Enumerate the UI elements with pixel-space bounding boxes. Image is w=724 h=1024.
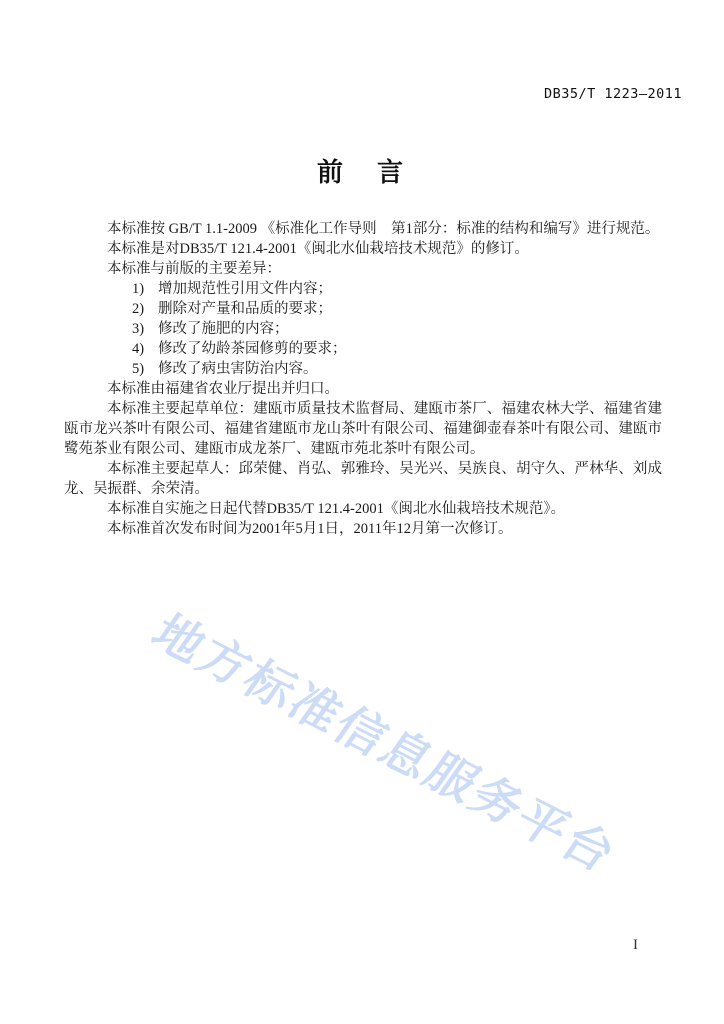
- paragraph-text: 本标准与前版的主要差异：: [107, 261, 281, 277]
- list-item-number: 3): [132, 319, 158, 339]
- paragraph-text: 本标准首次发布时间为2001年5月1日，2011年12月第一次修订。: [107, 521, 512, 537]
- foreword-paragraph: 1)增加规范性引用文件内容；: [64, 279, 662, 299]
- foreword-paragraph: 本标准自实施之日起代替DB35/T 121.4-2001《闽北水仙栽培技术规范》…: [64, 499, 662, 519]
- list-item-number: 4): [132, 339, 158, 359]
- foreword-paragraph: 5)修改了病虫害防治内容。: [64, 359, 662, 379]
- foreword-title: 前 言: [0, 152, 724, 189]
- watermark-text: 地方标准信息服务平台: [140, 596, 634, 885]
- paragraph-text: 修改了病虫害防治内容。: [158, 361, 318, 377]
- foreword-paragraph: 2)删除对产量和品质的要求；: [64, 299, 662, 319]
- list-item-number: 2): [132, 299, 158, 319]
- foreword-paragraph: 本标准主要起草单位：建瓯市质量技术监督局、建瓯市茶厂、福建农林大学、福建省建瓯市…: [64, 399, 662, 459]
- page-number: I: [633, 937, 638, 954]
- foreword-paragraph: 本标准与前版的主要差异：: [64, 259, 662, 279]
- standard-number: DB35/T 1223—2011: [544, 86, 682, 102]
- foreword-paragraph: 本标准是对DB35/T 121.4-2001《闽北水仙栽培技术规范》的修订。: [64, 239, 662, 259]
- paragraph-text: 本标准按 GB/T 1.1-2009 《标准化工作导则 第1部分：标准的结构和编…: [107, 221, 659, 237]
- foreword-paragraph: 本标准首次发布时间为2001年5月1日，2011年12月第一次修订。: [64, 519, 662, 539]
- document-page: 地方标准信息服务平台 DB35/T 1223—2011 前 言 本标准按 GB/…: [0, 0, 724, 1024]
- paragraph-text: 增加规范性引用文件内容；: [158, 281, 332, 297]
- paragraph-text: 修改了幼龄茶园修剪的要求；: [158, 341, 347, 357]
- foreword-body: 本标准按 GB/T 1.1-2009 《标准化工作导则 第1部分：标准的结构和编…: [64, 219, 662, 539]
- paragraph-text: 修改了施肥的内容；: [158, 321, 289, 337]
- paragraph-text: 本标准是对DB35/T 121.4-2001《闽北水仙栽培技术规范》的修订。: [107, 241, 529, 257]
- foreword-paragraph: 本标准按 GB/T 1.1-2009 《标准化工作导则 第1部分：标准的结构和编…: [64, 219, 662, 239]
- foreword-paragraph: 3)修改了施肥的内容；: [64, 319, 662, 339]
- paragraph-text: 删除对产量和品质的要求；: [158, 301, 332, 317]
- paragraph-text: 本标准主要起草单位：建瓯市质量技术监督局、建瓯市茶厂、福建农林大学、福建省建瓯市…: [64, 401, 662, 457]
- foreword-paragraph: 本标准主要起草人：邱荣健、肖弘、郭雅玲、吴光兴、吴族良、胡守久、严林华、刘成龙、…: [64, 459, 662, 499]
- list-item-number: 5): [132, 359, 158, 379]
- foreword-paragraph: 本标准由福建省农业厅提出并归口。: [64, 379, 662, 399]
- paragraph-text: 本标准由福建省农业厅提出并归口。: [107, 381, 339, 397]
- list-item-number: 1): [132, 279, 158, 299]
- paragraph-text: 本标准自实施之日起代替DB35/T 121.4-2001《闽北水仙栽培技术规范》…: [107, 501, 565, 517]
- paragraph-text: 本标准主要起草人：邱荣健、肖弘、郭雅玲、吴光兴、吴族良、胡守久、严林华、刘成龙、…: [64, 461, 662, 497]
- foreword-paragraph: 4)修改了幼龄茶园修剪的要求；: [64, 339, 662, 359]
